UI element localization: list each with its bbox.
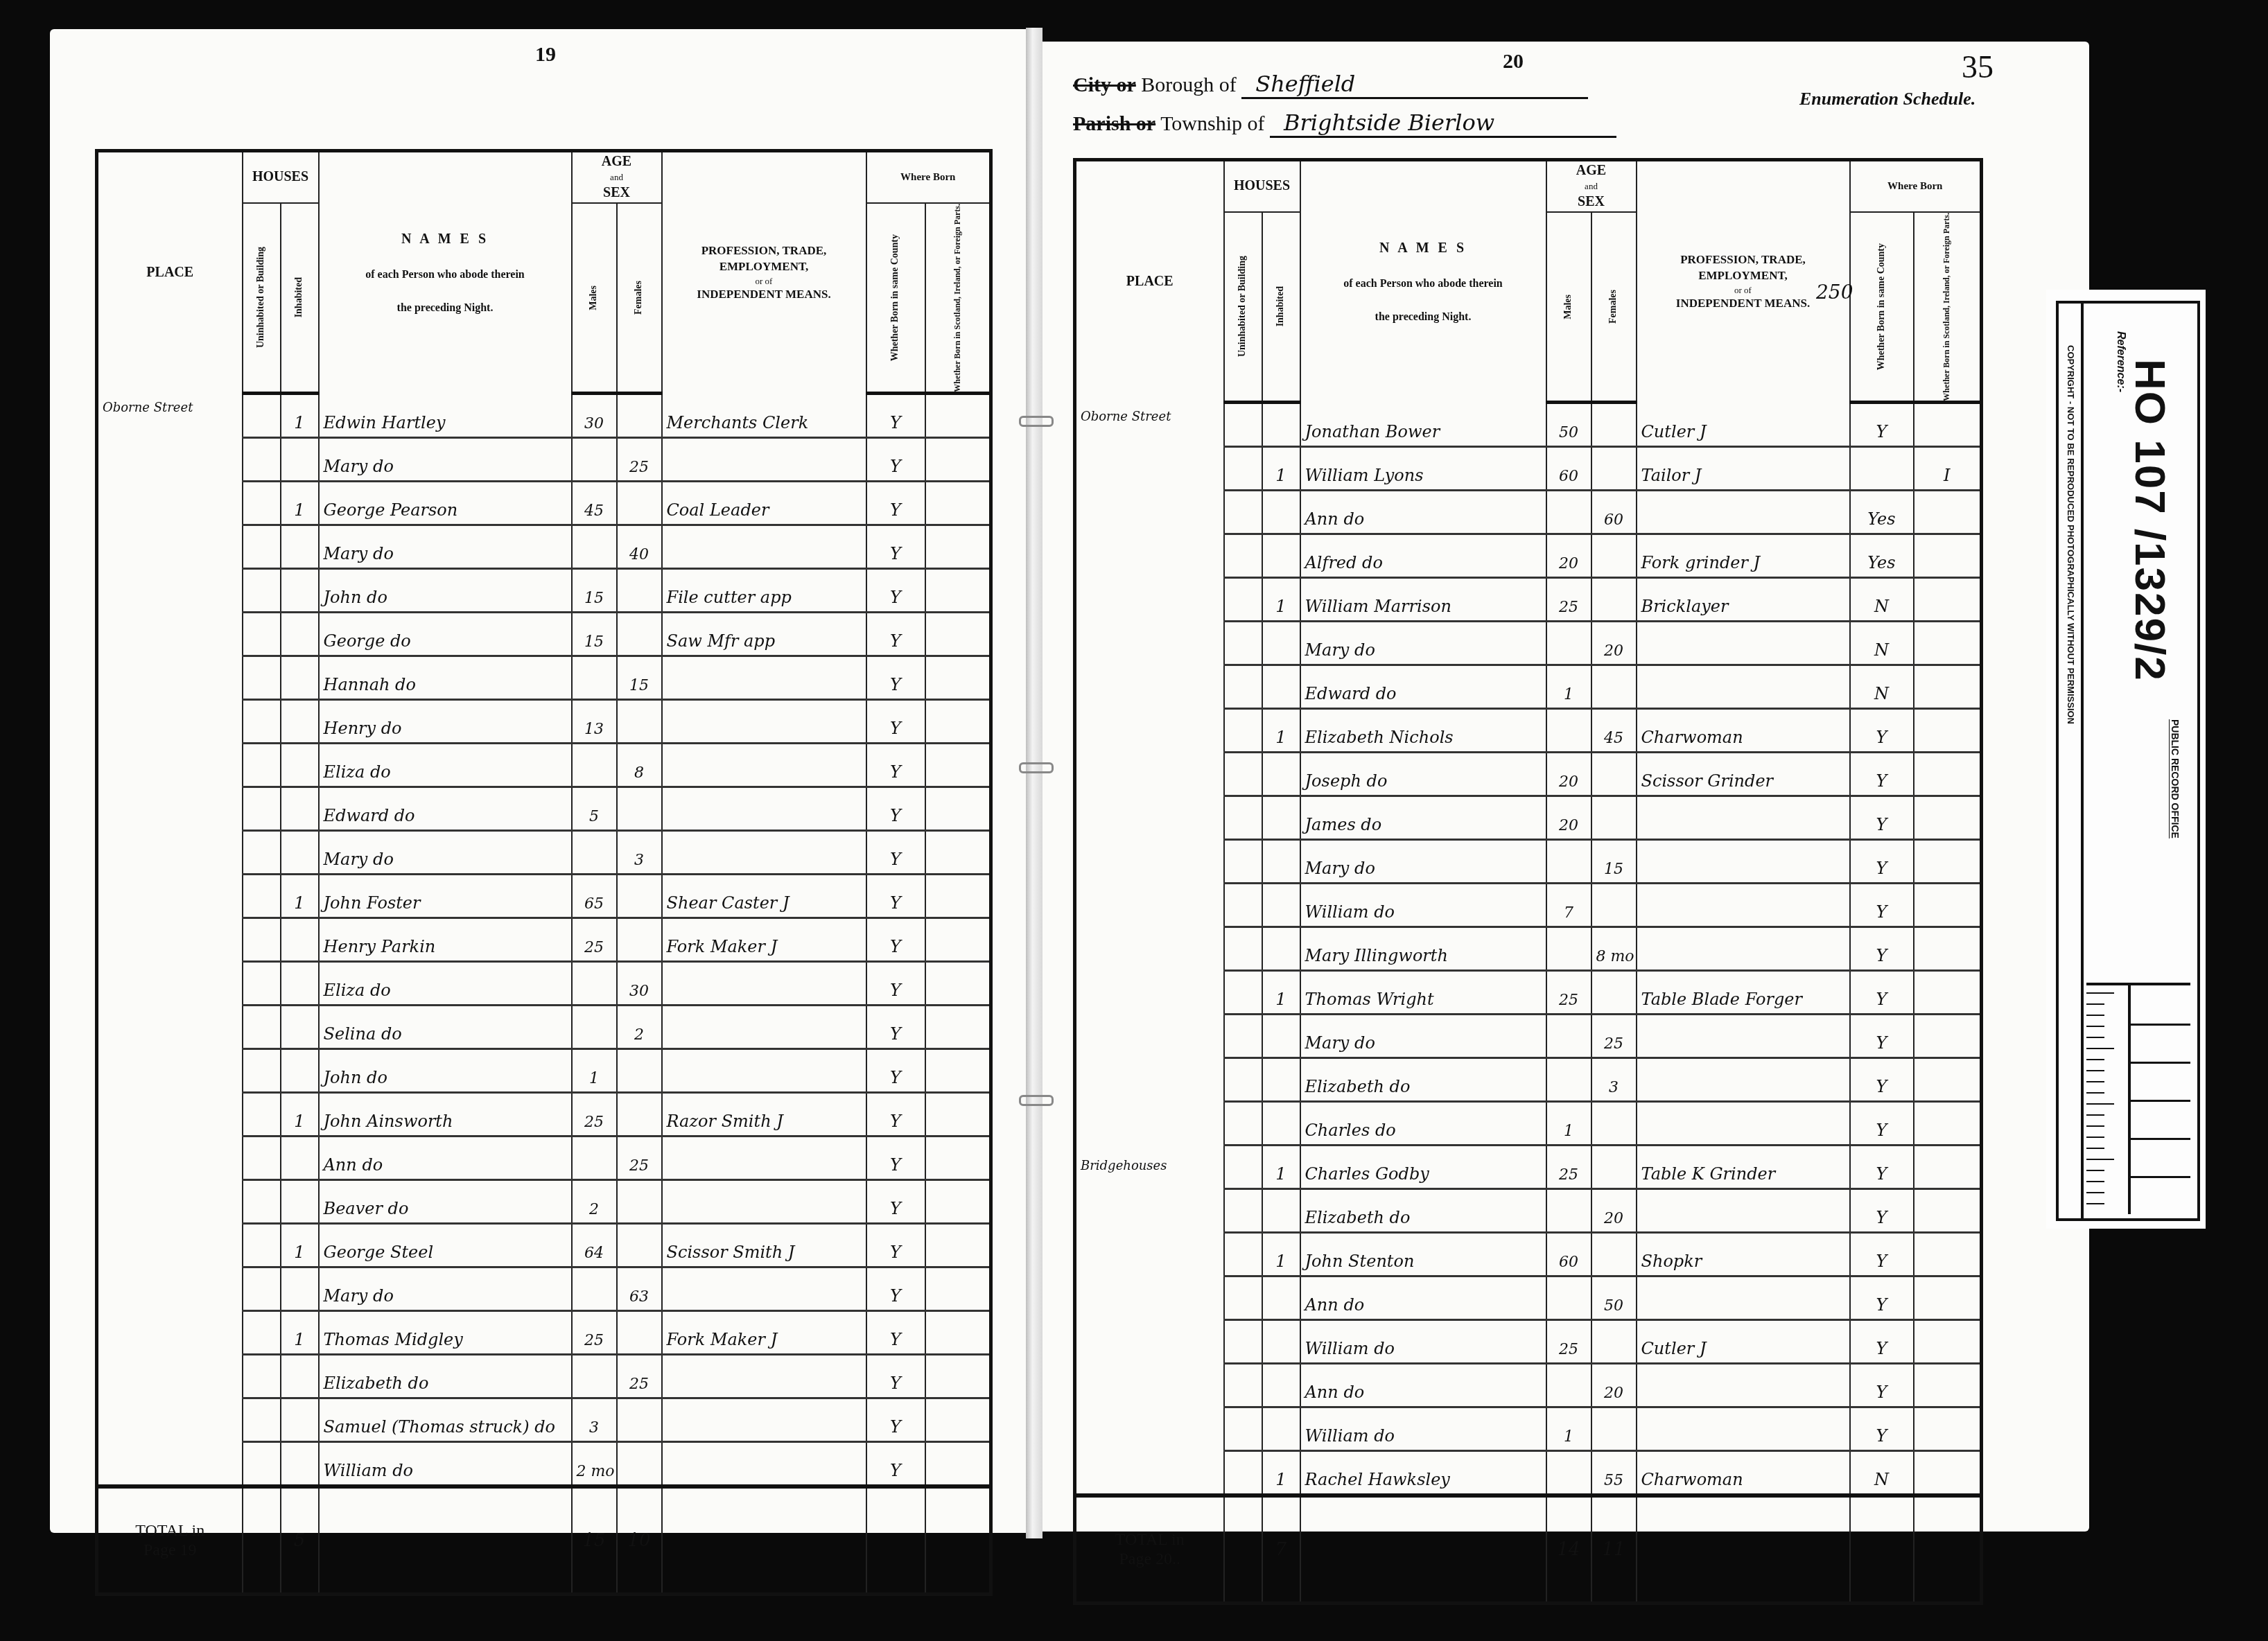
born-county-cell: Y (866, 700, 925, 744)
born-county-cell: Yes (1850, 534, 1914, 578)
male-age-cell: 1 (1546, 665, 1591, 709)
uninhabited-cell (1224, 753, 1262, 796)
col-males: Males (572, 203, 617, 394)
uninhabited-cell (243, 1398, 281, 1442)
occupation-cell (1637, 491, 1850, 534)
occupation-cell (1637, 796, 1850, 840)
township-label: Township of (1160, 112, 1264, 135)
uninhabited-cell (243, 438, 281, 482)
occupation-cell (1637, 1407, 1850, 1451)
place-cell: Oborne StreetBridgehouses (1075, 403, 1224, 1496)
uninhabited-cell (1224, 884, 1262, 927)
male-age-cell (572, 1267, 617, 1311)
inhabited-cell (1262, 1058, 1300, 1102)
born-county-cell: Y (1850, 1276, 1914, 1320)
inhabited-cell (281, 700, 319, 744)
born-county-cell: Y (866, 1093, 925, 1137)
male-age-cell: 1 (1546, 1407, 1591, 1451)
female-age-cell (617, 700, 662, 744)
occupation-cell (662, 1137, 866, 1180)
name-cell: Edward do (319, 787, 572, 831)
male-age-cell: 25 (1546, 578, 1591, 622)
female-age-cell: 8 (617, 744, 662, 787)
name-cell: Thomas Wright (1300, 971, 1546, 1015)
col-uninhabited: Uninhabited or Building (1224, 212, 1262, 403)
female-age-cell (617, 569, 662, 613)
uninhabited-cell (243, 1355, 281, 1398)
name-cell: Edwin Hartley (319, 394, 572, 438)
inhabited-cell (281, 1180, 319, 1224)
uninhabited-cell (1224, 971, 1262, 1015)
born-other-cell (1914, 1015, 1982, 1058)
name-cell: Elizabeth do (319, 1355, 572, 1398)
male-age-cell: 15 (572, 613, 617, 656)
name-cell: John Stenton (1300, 1233, 1546, 1276)
binding-staple (1019, 416, 1054, 427)
uninhabited-cell (243, 656, 281, 700)
name-cell: Alfred do (1300, 534, 1546, 578)
female-age-cell (617, 1442, 662, 1487)
born-county-cell: Y (866, 1049, 925, 1093)
occupation-cell: Scissor Smith J (662, 1224, 866, 1267)
uninhabited-cell (1224, 840, 1262, 884)
inhabited-cell (281, 569, 319, 613)
born-other-cell (1914, 534, 1982, 578)
occupation-cell (1637, 1015, 1850, 1058)
uninhabited-cell (1224, 796, 1262, 840)
male-age-cell (1546, 927, 1591, 971)
uninhabited-cell (243, 1267, 281, 1311)
female-age-cell (617, 1311, 662, 1355)
female-age-cell (617, 1398, 662, 1442)
female-age-cell: 55 (1591, 1451, 1637, 1496)
born-other-cell (925, 1137, 991, 1180)
inhabited-cell (281, 962, 319, 1006)
born-other-cell (925, 962, 991, 1006)
name-cell: James do (1300, 796, 1546, 840)
born-county-cell: Y (1850, 1058, 1914, 1102)
born-county-cell: Y (1850, 971, 1914, 1015)
enumeration-schedule-label: Enumeration Schedule. (1799, 89, 1975, 109)
uninhabited-cell (243, 831, 281, 875)
born-county-cell: Y (866, 394, 925, 438)
female-age-cell (617, 1049, 662, 1093)
uninhabited-cell (1224, 491, 1262, 534)
uninhabited-cell (243, 1442, 281, 1487)
born-other-cell (925, 394, 991, 438)
occupation-cell: Scissor Grinder (1637, 753, 1850, 796)
col-born-other: Whether Born in Scotland, Ireland, or Fo… (925, 203, 991, 394)
occupation-cell: Merchants Clerk (662, 394, 866, 438)
occupation-cell (662, 962, 866, 1006)
male-age-cell: 3 (572, 1398, 617, 1442)
uninhabited-cell (1224, 1058, 1262, 1102)
male-age-cell (1546, 622, 1591, 665)
born-other-cell (1914, 753, 1982, 796)
inhabited-cell (1262, 534, 1300, 578)
name-cell: George do (319, 613, 572, 656)
born-county-cell: Y (866, 875, 925, 918)
male-age-cell (572, 1006, 617, 1049)
col-names: N A M E S of each Person who abode there… (319, 151, 572, 394)
female-age-cell (1591, 1102, 1637, 1146)
uninhabited-cell (243, 918, 281, 962)
female-age-cell (617, 1224, 662, 1267)
male-age-cell (1546, 1451, 1591, 1496)
name-cell: Mary do (319, 525, 572, 569)
male-age-cell: 45 (572, 482, 617, 525)
inhabited-cell (281, 1137, 319, 1180)
uninhabited-cell (243, 1049, 281, 1093)
name-cell: Mary do (1300, 840, 1546, 884)
born-other-cell (1914, 1189, 1982, 1233)
uninhabited-cell (1224, 709, 1262, 753)
born-other-cell (1914, 1276, 1982, 1320)
female-age-cell: 40 (617, 525, 662, 569)
occupation-cell: Shear Caster J (662, 875, 866, 918)
scale-ruler (2086, 983, 2190, 1214)
female-age-cell (1591, 971, 1637, 1015)
name-cell: George Pearson (319, 482, 572, 525)
uninhabited-cell (1224, 927, 1262, 971)
born-county-cell: Y (866, 962, 925, 1006)
born-other-cell (1914, 796, 1982, 840)
female-age-cell: 20 (1591, 622, 1637, 665)
female-age-cell (1591, 578, 1637, 622)
occupation-cell (1637, 1058, 1850, 1102)
occupation-cell (662, 1267, 866, 1311)
inhabited-cell (281, 1006, 319, 1049)
col-born-county: Whether Born in same County (866, 203, 925, 394)
born-county-cell: N (1850, 578, 1914, 622)
male-age-cell (1546, 1015, 1591, 1058)
male-age-cell (572, 525, 617, 569)
born-other-cell (1914, 1320, 1982, 1364)
female-age-cell (617, 1093, 662, 1137)
born-other-cell (1914, 491, 1982, 534)
born-other-cell (1914, 1407, 1982, 1451)
female-age-cell: 3 (1591, 1058, 1637, 1102)
occupation-cell (662, 1180, 866, 1224)
born-county-cell: Y (1850, 884, 1914, 927)
born-other-cell (925, 744, 991, 787)
right-page-number: 20 (1503, 50, 1524, 73)
name-cell: Jonathan Bower (1300, 403, 1546, 447)
born-other-cell (925, 613, 991, 656)
born-other-cell (1914, 1364, 1982, 1407)
name-cell: Charles do (1300, 1102, 1546, 1146)
born-other-cell (925, 787, 991, 831)
name-cell: George Steel (319, 1224, 572, 1267)
occupation-cell (1637, 927, 1850, 971)
occupation-cell (1637, 1189, 1850, 1233)
male-age-cell: 2 (572, 1180, 617, 1224)
occupation-cell (662, 1006, 866, 1049)
born-other-cell (925, 1442, 991, 1487)
name-cell: Charles Godby (1300, 1146, 1546, 1189)
female-age-cell: 2 (617, 1006, 662, 1049)
female-age-cell (1591, 1320, 1637, 1364)
name-cell: Ann do (1300, 491, 1546, 534)
occupation-cell: Table Blade Forger (1637, 971, 1850, 1015)
col-where-born: Where Born (866, 151, 991, 203)
occupation-cell: Fork Maker J (662, 1311, 866, 1355)
occupation-cell (1637, 1276, 1850, 1320)
born-county-cell: Yes (1850, 491, 1914, 534)
male-age-cell: 1 (1546, 1102, 1591, 1146)
name-cell: William do (1300, 1407, 1546, 1451)
born-county-cell: Y (866, 656, 925, 700)
born-county-cell: Y (1850, 1407, 1914, 1451)
uninhabited-cell (243, 787, 281, 831)
male-age-cell: 20 (1546, 753, 1591, 796)
uninhabited-cell (243, 1137, 281, 1180)
inhabited-cell: 1 (1262, 447, 1300, 491)
name-cell: Selina do (319, 1006, 572, 1049)
reference-label-frame: COPYRIGHT - NOT TO BE REPRODUCED PHOTOGR… (2056, 301, 2200, 1221)
born-other-cell (1914, 971, 1982, 1015)
born-other-cell (1914, 1058, 1982, 1102)
col-place: PLACE (97, 151, 243, 394)
male-age-cell (1546, 840, 1591, 884)
male-age-cell (572, 1355, 617, 1398)
book-spine (1026, 28, 1043, 1538)
male-age-cell: 60 (1546, 447, 1591, 491)
total-inhabited: 5 (281, 1486, 319, 1595)
born-county-cell: Y (866, 787, 925, 831)
born-other-cell (925, 875, 991, 918)
inhabited-cell (1262, 1102, 1300, 1146)
occupation-cell (662, 1355, 866, 1398)
born-county-cell: Y (866, 525, 925, 569)
table-row: Oborne Street1Edwin Hartley30Merchants C… (97, 394, 991, 438)
inhabited-cell: 1 (281, 1224, 319, 1267)
name-cell: William do (319, 1442, 572, 1487)
borough-line: City or Borough of Sheffield (1073, 71, 1588, 99)
uninhabited-cell (1224, 1015, 1262, 1058)
born-county-cell: Y (866, 1267, 925, 1311)
census-table-page-20: PLACE HOUSES N A M E S of each Person wh… (1073, 158, 1983, 1605)
col-place: PLACE (1075, 160, 1224, 403)
born-other-cell (925, 918, 991, 962)
male-age-cell (1546, 1058, 1591, 1102)
uninhabited-cell (1224, 403, 1262, 447)
female-age-cell: 60 (1591, 491, 1637, 534)
occupation-cell: Coal Leader (662, 482, 866, 525)
inhabited-cell (281, 918, 319, 962)
female-age-cell (617, 875, 662, 918)
born-other-cell (925, 656, 991, 700)
male-age-cell: 2 mo (572, 1442, 617, 1487)
inhabited-cell (1262, 1364, 1300, 1407)
uninhabited-cell (1224, 1233, 1262, 1276)
occupation-cell: File cutter app (662, 569, 866, 613)
born-other-cell (1914, 1233, 1982, 1276)
uninhabited-cell (243, 482, 281, 525)
inhabited-cell (281, 525, 319, 569)
inhabited-cell (1262, 1407, 1300, 1451)
total-label: TOTAL inPage 19 (97, 1486, 243, 1595)
born-county-cell: N (1850, 665, 1914, 709)
occupation-cell (662, 1442, 866, 1487)
occupation-cell: Charwoman (1637, 1451, 1850, 1496)
inhabited-cell (281, 1398, 319, 1442)
born-other-cell (925, 1093, 991, 1137)
uninhabited-cell (1224, 1364, 1262, 1407)
name-cell: John Foster (319, 875, 572, 918)
occupation-cell (662, 787, 866, 831)
born-county-cell: Y (1850, 403, 1914, 447)
male-age-cell (1546, 491, 1591, 534)
borough-label: Borough of (1141, 73, 1237, 96)
inhabited-cell (281, 1049, 319, 1093)
uninhabited-cell (1224, 1102, 1262, 1146)
total-inhabited: 7 (1262, 1495, 1300, 1604)
occupation-cell (1637, 665, 1850, 709)
inhabited-cell (1262, 927, 1300, 971)
name-cell: Mary do (319, 831, 572, 875)
occupation-cell (1637, 1102, 1850, 1146)
uninhabited-cell (1224, 447, 1262, 491)
born-other-cell (1914, 1102, 1982, 1146)
born-county-cell: Y (1850, 709, 1914, 753)
occupation-cell: Shopkr (1637, 1233, 1850, 1276)
col-uninhabited: Uninhabited or Building (243, 203, 281, 394)
place-name: Oborne Street (103, 401, 238, 415)
born-other-cell (1914, 578, 1982, 622)
born-county-cell: Y (1850, 1102, 1914, 1146)
inhabited-cell (1262, 753, 1300, 796)
inhabited-cell (1262, 1015, 1300, 1058)
inhabited-cell (281, 787, 319, 831)
inhabited-cell (1262, 840, 1300, 884)
total-label: TOTAL inPage 20.. (1075, 1495, 1224, 1604)
name-cell: Ann do (319, 1137, 572, 1180)
uninhabited-cell (1224, 578, 1262, 622)
uninhabited-cell (243, 1006, 281, 1049)
male-age-cell: 50 (1546, 403, 1591, 447)
uninhabited-cell (1224, 1407, 1262, 1451)
name-cell: John do (319, 1049, 572, 1093)
inhabited-cell (281, 1442, 319, 1487)
born-county-cell: Y (1850, 927, 1914, 971)
col-houses: HOUSES (1224, 160, 1300, 212)
col-age-sex: AGE and SEX (572, 151, 662, 203)
name-cell: Hannah do (319, 656, 572, 700)
occupation-cell (1637, 622, 1850, 665)
born-other-cell (1914, 1146, 1982, 1189)
female-age-cell: 3 (617, 831, 662, 875)
inhabited-cell: 1 (1262, 578, 1300, 622)
born-county-cell: Y (1850, 796, 1914, 840)
born-county-cell: Y (866, 1224, 925, 1267)
born-county-cell: Y (1850, 1320, 1914, 1364)
inhabited-cell (281, 656, 319, 700)
table-row: Oborne StreetBridgehousesJonathan Bower5… (1075, 403, 1982, 447)
occupation-cell (1637, 884, 1850, 927)
born-county-cell: N (1850, 622, 1914, 665)
born-other-cell (925, 525, 991, 569)
born-other-cell (925, 569, 991, 613)
name-cell: Elizabeth do (1300, 1189, 1546, 1233)
name-cell: Mary do (1300, 622, 1546, 665)
born-other-cell (925, 438, 991, 482)
uninhabited-cell (1224, 622, 1262, 665)
female-age-cell (1591, 884, 1637, 927)
male-age-cell (1546, 709, 1591, 753)
folio-number: 35 (1962, 49, 1994, 85)
inhabited-cell: 1 (281, 1093, 319, 1137)
place-name: Bridgehouses (1081, 1159, 1219, 1173)
born-other-cell (1914, 709, 1982, 753)
born-other-cell (925, 1355, 991, 1398)
name-cell: Ann do (1300, 1276, 1546, 1320)
male-age-cell (572, 744, 617, 787)
col-males: Males (1546, 212, 1591, 403)
uninhabited-cell (1224, 1451, 1262, 1496)
name-cell: Mary do (1300, 1015, 1546, 1058)
name-cell: John Ainsworth (319, 1093, 572, 1137)
born-county-cell: Y (866, 1180, 925, 1224)
inhabited-cell (281, 744, 319, 787)
col-inhabited: Inhabited (281, 203, 319, 394)
uninhabited-cell (243, 569, 281, 613)
female-age-cell: 20 (1591, 1364, 1637, 1407)
col-inhabited: Inhabited (1262, 212, 1300, 403)
male-age-cell (572, 962, 617, 1006)
uninhabited-cell (243, 613, 281, 656)
inhabited-cell (1262, 796, 1300, 840)
name-cell: Mary do (319, 438, 572, 482)
occupation-cell: Bricklayer (1637, 578, 1850, 622)
occupation-cell: Charwoman (1637, 709, 1850, 753)
male-age-cell: 15 (572, 569, 617, 613)
inhabited-cell: 1 (281, 482, 319, 525)
name-cell: Rachel Hawksley (1300, 1451, 1546, 1496)
female-age-cell (1591, 1146, 1637, 1189)
female-age-cell: 15 (617, 656, 662, 700)
female-age-cell (617, 1180, 662, 1224)
parish-or-struck: Parish or (1073, 112, 1155, 135)
inhabited-cell (1262, 491, 1300, 534)
born-other-cell (925, 1049, 991, 1093)
occupation-cell (1637, 840, 1850, 884)
born-other-cell (1914, 665, 1982, 709)
occupation-cell (662, 831, 866, 875)
born-other-cell: I (1914, 447, 1982, 491)
township-value: Brightside Bierlow (1270, 109, 1616, 138)
occupation-cell (662, 438, 866, 482)
male-age-cell (572, 438, 617, 482)
total-males: 14 (1546, 1495, 1591, 1604)
name-cell: John do (319, 569, 572, 613)
name-cell: Eliza do (319, 744, 572, 787)
inhabited-cell: 1 (1262, 1146, 1300, 1189)
place-name: Oborne Street (1081, 410, 1219, 424)
male-age-cell: 7 (1546, 884, 1591, 927)
uninhabited-cell (1224, 665, 1262, 709)
inhabited-cell: 1 (281, 394, 319, 438)
male-age-cell: 25 (1546, 1146, 1591, 1189)
born-county-cell: Y (1850, 840, 1914, 884)
name-cell: Samuel (Thomas struck) do (319, 1398, 572, 1442)
name-cell: William Lyons (1300, 447, 1546, 491)
occupation-cell (662, 744, 866, 787)
female-age-cell (1591, 1233, 1637, 1276)
name-cell: Mary do (319, 1267, 572, 1311)
col-age-sex: AGE and SEX (1546, 160, 1637, 212)
name-cell: Beaver do (319, 1180, 572, 1224)
